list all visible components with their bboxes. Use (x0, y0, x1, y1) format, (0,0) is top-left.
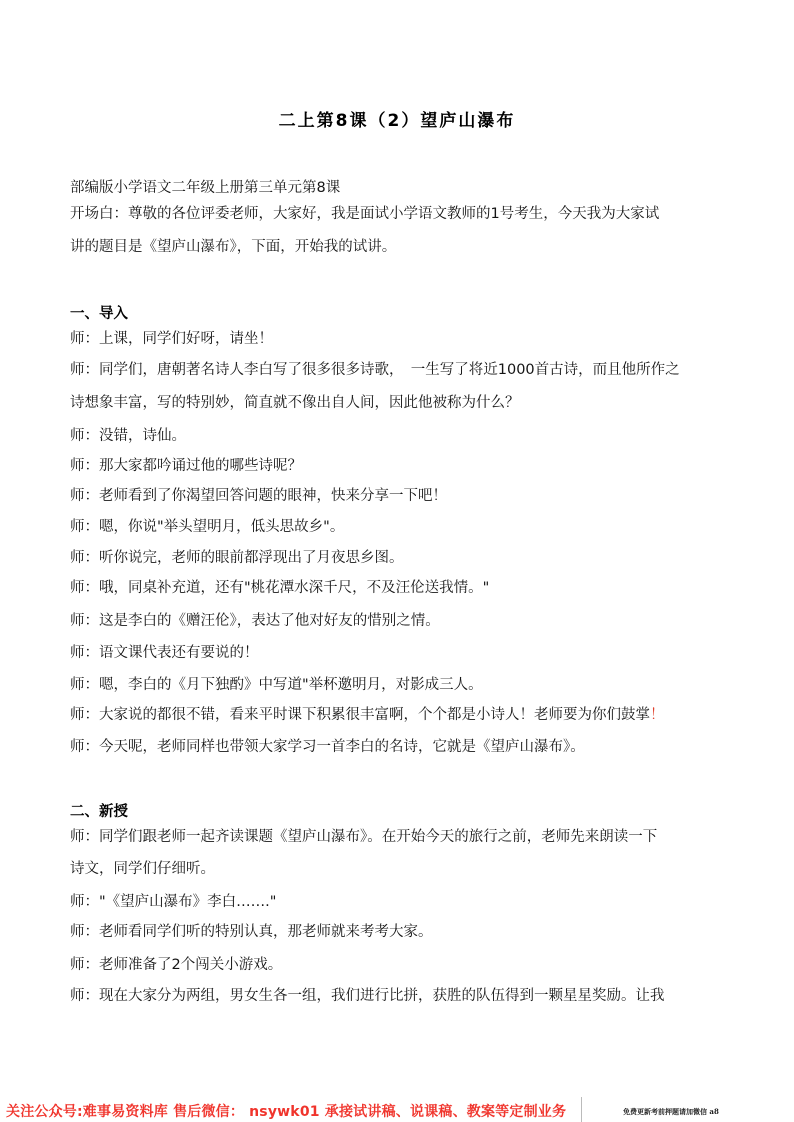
document-page: 二上第8课（2）望庐山瀑布 部编版小学语文二年级上册第三单元第8课 开场白：尊敬… (0, 0, 794, 1122)
dialogue-line: 师："《望庐山瀑布》李白……." (70, 893, 276, 911)
dialogue-line: 师：老师看到了你渴望回答问题的眼神，快来分享一下吧！ (70, 487, 447, 505)
subtitle: 部编版小学语文二年级上册第三单元第8课 (70, 179, 340, 197)
dialogue-line: 师：嗯，李白的《月下独酌》中写道"举杯邀明月，对影成三人。 (70, 676, 483, 694)
dialogue-line: 师：语文课代表还有要说的！ (70, 644, 259, 662)
dialogue-line: 师：听你说完，老师的眼前都浮现出了月夜思乡图。 (70, 549, 404, 567)
dialogue-line: 诗文，同学们仔细听。 (70, 860, 215, 878)
dialogue-line: 师：现在大家分为两组，男女生各一组，我们进行比拼，获胜的队伍得到一颗星星奖励。让… (70, 987, 665, 1005)
footer-promo: 关注公众号:难事易资料库 售后微信： nsywk01 承接试讲稿、说课稿、教案等… (6, 1101, 566, 1121)
section-heading-new-lesson: 二、新授 (70, 800, 128, 821)
dialogue-line: 师：老师看同学们听的特别认真，那老师就来考考大家。 (70, 923, 433, 941)
footer-note: 免费更新考前押题请加微信 a8 (623, 1107, 719, 1117)
dialogue-line: 师：嗯，你说"举头望明月，低头思故乡"。 (70, 518, 344, 536)
dialogue-line: 师：没错，诗仙。 (70, 427, 186, 445)
dialogue-line: 师：这是李白的《赠汪伦》，表达了他对好友的惜别之情。 (70, 612, 440, 630)
dialogue-line: 师：今天呢，老师同样也带领大家学习一首李白的名诗，它就是《望庐山瀑布》。 (70, 738, 585, 756)
document-title: 二上第8课（2）望庐山瀑布 (0, 106, 794, 131)
dialogue-line: 师：同学们，唐朝著名诗人李白写了很多很多诗歌， 一生写了将近1000首古诗，而且… (70, 361, 680, 379)
dialogue-line: 师：老师准备了2个闯关小游戏。 (70, 956, 282, 974)
dialogue-line: 师：哦，同桌补充道，还有"桃花潭水深千尺，不及汪伦送我情。" (70, 579, 489, 597)
opening-line-2: 讲的题目是《望庐山瀑布》，下面，开始我的试讲。 (70, 238, 396, 256)
dialogue-line: 师：同学们跟老师一起齐读课题《望庐山瀑布》。在开始今天的旅行之前，老师先来朗读一… (70, 828, 657, 846)
footer-divider (581, 1097, 582, 1122)
opening-line-1: 开场白：尊敬的各位评委老师，大家好，我是面试小学语文教师的1号考生，今天我为大家… (70, 205, 659, 223)
dialogue-line: 师：那大家都吟诵过他的哪些诗呢？ (70, 457, 302, 475)
dialogue-text: 师：大家说的都很不错，看来平时课下积累很丰富啊，个个都是小诗人！老师要为你们鼓掌 (70, 707, 650, 723)
red-exclamation: ！ (650, 707, 665, 723)
dialogue-line-applause: 师：大家说的都很不错，看来平时课下积累很丰富啊，个个都是小诗人！老师要为你们鼓掌… (70, 706, 665, 724)
dialogue-line: 师：上课，同学们好呀，请坐！ (70, 330, 273, 348)
section-heading-intro: 一、导入 (70, 302, 128, 323)
dialogue-line: 诗想象丰富，写的特别妙，简直就不像出自人间，因此他被称为什么？ (70, 394, 520, 412)
